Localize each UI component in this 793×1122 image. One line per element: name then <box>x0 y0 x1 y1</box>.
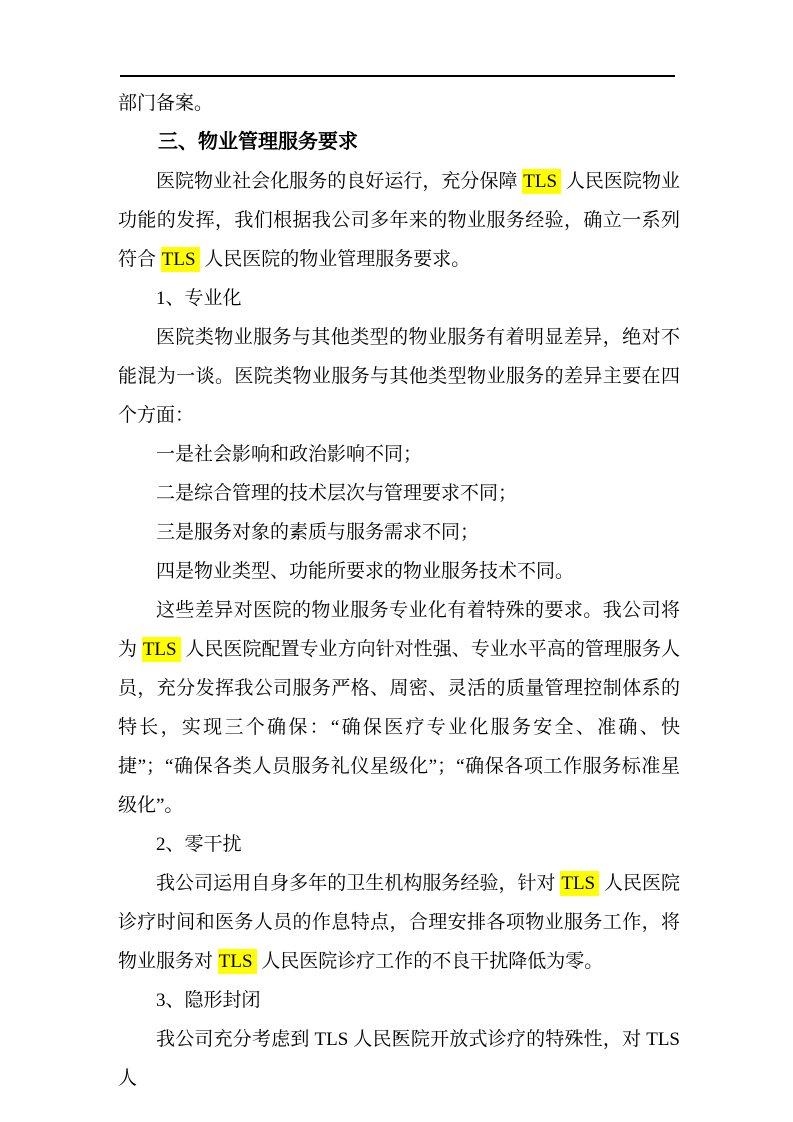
document-page: 部门备案。三、物业管理服务要求医院物业社会化服务的良好运行，充分保障 TLS 人… <box>0 0 793 1122</box>
paragraph: 这些差异对医院的物业服务专业化有着特殊的要求。我公司将为 TLS 人民医院配置专… <box>118 591 680 825</box>
text-run: 2、零干扰 <box>156 834 242 855</box>
paragraph: 三是服务对象的素质与服务需求不同； <box>118 513 680 552</box>
highlighted-text: TLS <box>218 949 257 974</box>
paragraph: 2、零干扰 <box>118 825 680 864</box>
paragraph: 二是综合管理的技术层次与管理要求不同； <box>118 474 680 513</box>
paragraph: 一是社会影响和政治影响不同； <box>118 435 680 474</box>
text-run: 1、专业化 <box>156 288 242 309</box>
text-run: 人民医院配置专业方向针对性强、专业水平高的管理服务人员，充分发挥我公司服务严格、… <box>118 639 680 816</box>
highlighted-text: TLS <box>560 871 599 896</box>
paragraph: 3、隐形封闭 <box>118 981 680 1020</box>
page-number: 3 <box>0 1026 793 1046</box>
text-run: 医院物业社会化服务的良好运行，充分保障 <box>156 171 522 192</box>
paragraph: 我公司运用自身多年的卫生机构服务经验，针对 TLS 人民医院诊疗时间和医务人员的… <box>118 864 680 981</box>
paragraph: 四是物业类型、功能所要求的物业服务技术不同。 <box>118 552 680 591</box>
text-run: 人民医院的物业管理服务要求。 <box>200 249 471 270</box>
text-run: 3、隐形封闭 <box>156 990 261 1011</box>
highlighted-text: TLS <box>522 169 561 194</box>
text-run: 三、物业管理服务要求 <box>158 131 358 153</box>
text-run: 四是物业类型、功能所要求的物业服务技术不同。 <box>156 561 574 582</box>
paragraph: 医院物业社会化服务的良好运行，充分保障 TLS 人民医院物业功能的发挥，我们根据… <box>118 162 680 279</box>
paragraph: 部门备案。 <box>118 84 680 123</box>
header-rule-divider <box>120 75 675 77</box>
paragraph: 医院类物业服务与其他类型的物业服务有着明显差异，绝对不能混为一谈。医院类物业服务… <box>118 318 680 435</box>
document-body: 部门备案。三、物业管理服务要求医院物业社会化服务的良好运行，充分保障 TLS 人… <box>118 84 680 1098</box>
text-run: 部门备案。 <box>118 93 213 114</box>
text-run: 二是综合管理的技术层次与管理要求不同； <box>156 483 517 504</box>
text-run: 我公司运用自身多年的卫生机构服务经验，针对 <box>156 873 560 894</box>
text-run: 一是社会影响和政治影响不同； <box>156 444 422 465</box>
text-run: 三是服务对象的素质与服务需求不同； <box>156 522 479 543</box>
text-run: 人民医院诊疗工作的不良干扰降低为零。 <box>257 951 604 972</box>
text-run: 医院类物业服务与其他类型的物业服务有着明显差异，绝对不能混为一谈。医院类物业服务… <box>118 327 680 426</box>
paragraph: 1、专业化 <box>118 279 680 318</box>
section-heading: 三、物业管理服务要求 <box>118 123 680 162</box>
highlighted-text: TLS <box>161 247 200 272</box>
highlighted-text: TLS <box>142 637 181 662</box>
